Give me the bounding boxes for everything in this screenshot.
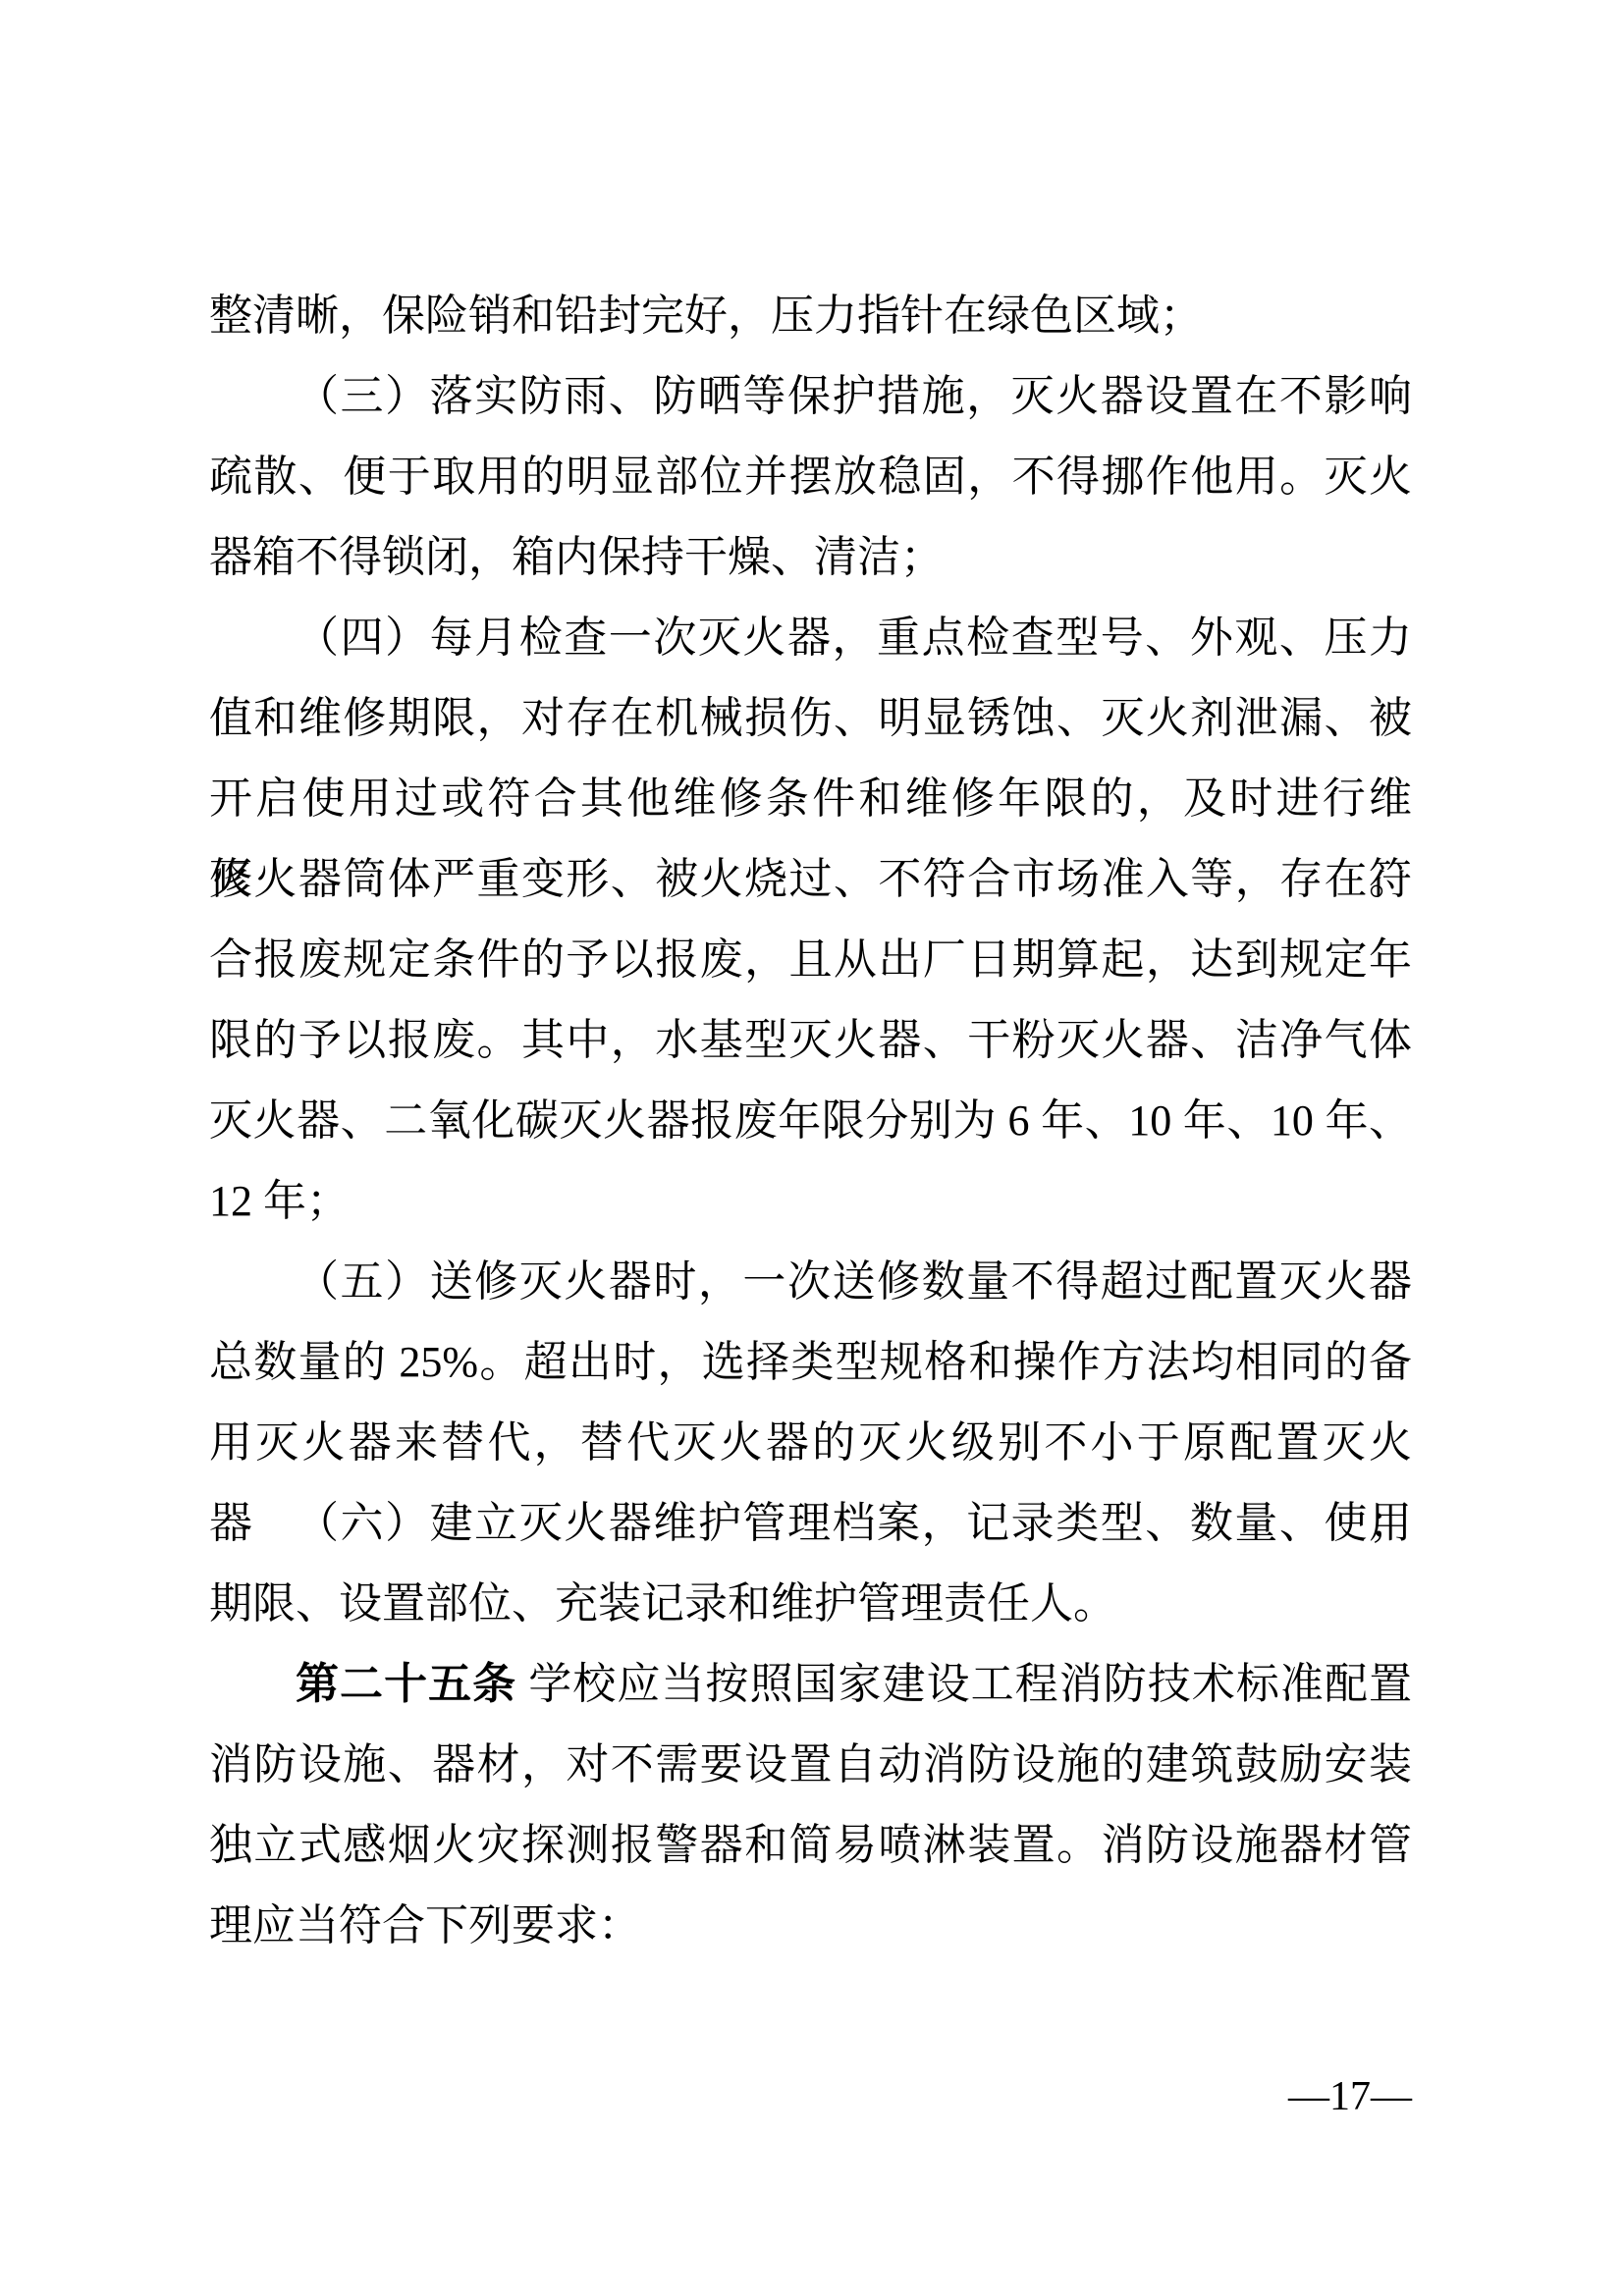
text-line: 灭火器、二氧化碳灭火器报废年限分别为 6 年、10 年、10 年、 <box>209 1081 1412 1161</box>
text-line: 开启使用过或符合其他维修条件和维修年限的，及时进行维修。 <box>209 759 1412 839</box>
text-line: （五）送修灭火器时，一次送修数量不得超过配置灭火器 <box>209 1242 1412 1322</box>
text-line: 总数量的 25%。超出时，选择类型规格和操作方法均相同的备 <box>209 1322 1412 1403</box>
article-lead-text: 学校应当按照国家建设工程消防技术标准配置 <box>516 1660 1412 1708</box>
text-line: 疏散、便于取用的明显部位并摆放稳固，不得挪作他用。灭火 <box>209 437 1412 517</box>
text-line: 消防设施、器材，对不需要设置自动消防设施的建筑鼓励安装 <box>209 1725 1412 1805</box>
text-line: （四）每月检查一次灭火器，重点检查型号、外观、压力 <box>209 598 1412 678</box>
text-line: 12 年； <box>209 1161 1412 1242</box>
text-line: 值和维修期限，对存在机械损伤、明显锈蚀、灭火剂泄漏、被 <box>209 678 1412 759</box>
text-line: （三）落实防雨、防晒等保护措施，灭火器设置在不影响 <box>209 356 1412 437</box>
article-number: 第二十五条 <box>296 1660 516 1708</box>
text-line: 限的予以报废。其中，水基型灭火器、干粉灭火器、洁净气体 <box>209 1000 1412 1081</box>
text-line: 用灭火器来替代，替代灭火器的灭火级别不小于原配置灭火器； <box>209 1403 1412 1483</box>
text-line: 整清晰，保险销和铅封完好，压力指针在绿色区域； <box>209 276 1412 356</box>
text-line: 器箱不得锁闭，箱内保持干燥、清洁； <box>209 517 1412 598</box>
text-line: （六）建立灭火器维护管理档案，记录类型、数量、使用 <box>209 1483 1412 1564</box>
text-line: 独立式感烟火灾探测报警器和简易喷淋装置。消防设施器材管 <box>209 1805 1412 1886</box>
body-text: 整清晰，保险销和铅封完好，压力指针在绿色区域； （三）落实防雨、防晒等保护措施，… <box>209 276 1412 1966</box>
document-page: 整清晰，保险销和铅封完好，压力指针在绿色区域； （三）落实防雨、防晒等保护措施，… <box>0 0 1624 2296</box>
text-line: 第二十五条 学校应当按照国家建设工程消防技术标准配置 <box>209 1644 1412 1725</box>
text-line: 合报废规定条件的予以报废，且从出厂日期算起，达到规定年 <box>209 920 1412 1000</box>
text-line: 灭火器筒体严重变形、被火烧过、不符合市场准入等，存在符 <box>209 839 1412 920</box>
text-line: 期限、设置部位、充装记录和维护管理责任人。 <box>209 1564 1412 1644</box>
text-line: 理应当符合下列要求： <box>209 1886 1412 1966</box>
page-number: —17— <box>209 2073 1412 2120</box>
